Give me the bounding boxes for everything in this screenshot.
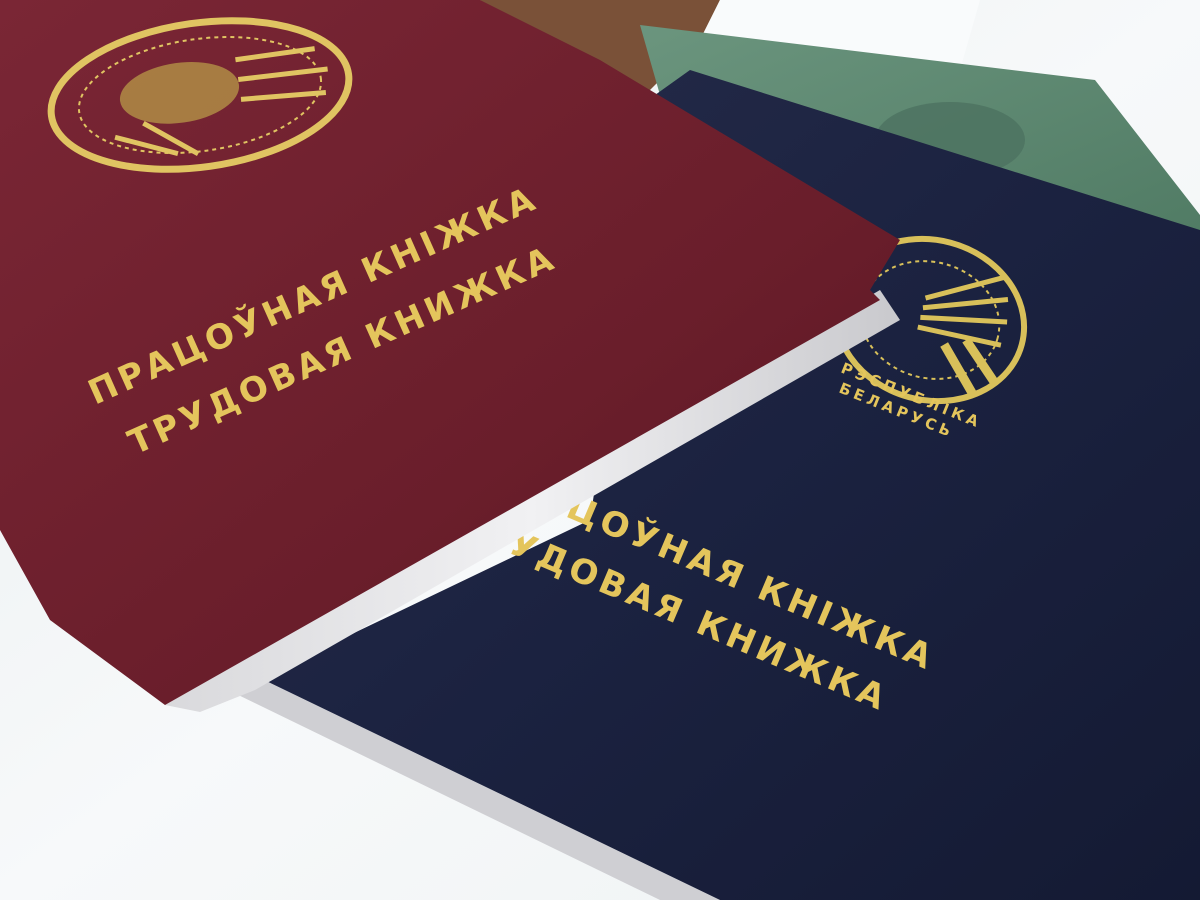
photo-scene: РЭСПУБЛІКА БЕЛАРУСЬ ПРАЦОЎНАЯ КНІЖКА ТРУ… [0,0,1200,900]
